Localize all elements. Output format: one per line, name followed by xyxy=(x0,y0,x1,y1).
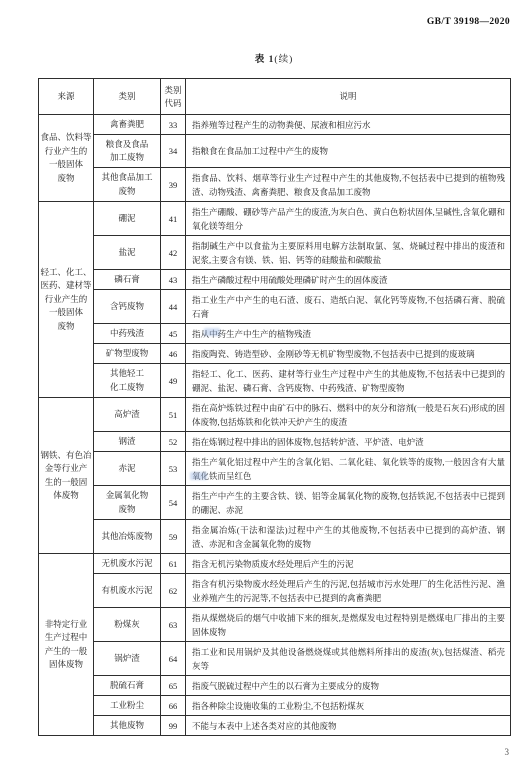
description-cell: 不能与本表中上述各类对应的其他废物 xyxy=(186,716,511,736)
description-cell: 指含无机污染物质废水经处理后产生的污泥 xyxy=(186,554,511,574)
code-cell: 99 xyxy=(161,716,186,736)
code-cell: 46 xyxy=(161,344,186,364)
table-row: 盐泥42指制碱生产中以食盐为主要原料用电解方法制取氯、氢、烧碱过程中排出的废渣和… xyxy=(39,236,511,270)
category-cell: 粉煤灰 xyxy=(94,608,161,642)
page-number: 3 xyxy=(505,747,510,757)
code-cell: 43 xyxy=(161,270,186,290)
category-cell: 工业粉尘 xyxy=(94,696,161,716)
category-cell: 中药残渣 xyxy=(94,324,161,344)
description-cell: 指养殖等过程产生的动物粪便、尿液和相应污水 xyxy=(186,115,511,135)
table-row: 其他废物99不能与本表中上述各类对应的其他废物 xyxy=(39,716,511,736)
category-cell: 锅炉渣 xyxy=(94,642,161,676)
category-cell: 其他轻工 化工废物 xyxy=(94,364,161,398)
description-cell: 指废气脱硫过程中产生的以石膏为主要成分的废物 xyxy=(186,676,511,696)
table-row: 磷石膏43指生产磷酸过程中用硫酸处理磷矿时产生的固体废渣 xyxy=(39,270,511,290)
waste-classification-table: 来源 类别 类别 代码 说明 食品、饮料等 行业产生的 一般固体 废物禽畜粪肥3… xyxy=(38,78,511,736)
code-cell: 39 xyxy=(161,168,186,202)
description-cell: 指金属冶炼(干法和湿法)过程中产生的其他废物,不包括表中已提到的高炉渣、钢渣、赤… xyxy=(186,520,511,554)
description-cell: 指工业生产中产生的电石渣、废石、造纸白泥、氧化钙等废物,不包括磷石膏、脱硫石膏 xyxy=(186,290,511,324)
table-row: 其他轻工 化工废物49指轻工、化工、医药、建材等行业生产过程中产生的其他废物,不… xyxy=(39,364,511,398)
description-cell: 指各种除尘设施收集的工业粉尘,不包括粉煤灰 xyxy=(186,696,511,716)
table-row: 粮食及食品 加工废物34指粮食在食品加工过程中产生的废物 xyxy=(39,135,511,168)
category-cell: 磷石膏 xyxy=(94,270,161,290)
table-title: 表 1(续) xyxy=(38,51,510,65)
description-cell: 指制碱生产中以食盐为主要原料用电解方法制取氯、氢、烧碱过程中排出的废渣和泥浆,主… xyxy=(186,236,511,270)
table-row: 钢铁、有色冶 金等行业产 生的一般固 体废物高炉渣51指在高炉炼铁过程中由矿石中… xyxy=(39,398,511,432)
table-row: 其他冶炼废物59指金属冶炼(干法和湿法)过程中产生的其他废物,不包括表中已提到的… xyxy=(39,520,511,554)
category-cell: 金属氧化物 废物 xyxy=(94,486,161,520)
table-header-row: 来源 类别 类别 代码 说明 xyxy=(39,79,511,115)
code-cell: 62 xyxy=(161,574,186,608)
category-cell: 其他冶炼废物 xyxy=(94,520,161,554)
description-cell: 指废陶瓷、铸造型砂、金刚砂等无机矿物型废物,不包括表中已提到的废玻璃 xyxy=(186,344,511,364)
category-cell: 钢渣 xyxy=(94,432,161,452)
table-row: 锅炉渣64指工业和民用锅炉及其他设备燃烧煤或其他燃料所排出的废渣(灰),包括煤渣… xyxy=(39,642,511,676)
source-cell: 食品、饮料等 行业产生的 一般固体 废物 xyxy=(39,115,94,202)
category-cell: 硼泥 xyxy=(94,202,161,236)
table-row: 含钙废物44指工业生产中产生的电石渣、废石、造纸白泥、氧化钙等废物,不包括磷石膏… xyxy=(39,290,511,324)
table-row: 钢渣52指在炼钢过程中排出的固体废物,包括转炉渣、平炉渣、电炉渣 xyxy=(39,432,511,452)
code-cell: 63 xyxy=(161,608,186,642)
code-cell: 44 xyxy=(161,290,186,324)
source-cell: 非特定行业 生产过程中 产生的一般 固体废物 xyxy=(39,554,94,736)
category-cell: 其他废物 xyxy=(94,716,161,736)
table-row: 粉煤灰63指从煤燃烧后的烟气中收捕下来的细灰,是燃煤发电过程特别是燃煤电厂排出的… xyxy=(39,608,511,642)
col-header-category: 类别 xyxy=(94,79,161,115)
watermark-artifact xyxy=(190,472,207,480)
code-cell: 64 xyxy=(161,642,186,676)
code-cell: 49 xyxy=(161,364,186,398)
category-cell: 粮食及食品 加工废物 xyxy=(94,135,161,168)
table-row: 赤泥53指生产氧化铝过程中产生的含氧化铝、二氧化硅、氧化铁等的废物,一般因含有大… xyxy=(39,452,511,486)
table-row: 轻工、化工、 医药、建材等 行业产生的 一般固体 废物硼泥41指生产硼酸、硼砂等… xyxy=(39,202,511,236)
code-cell: 33 xyxy=(161,115,186,135)
code-cell: 45 xyxy=(161,324,186,344)
document-page: { "header": { "doc_number": "GB/T 39198—… xyxy=(0,0,529,770)
code-cell: 59 xyxy=(161,520,186,554)
col-header-description: 说明 xyxy=(186,79,511,115)
table-row: 有机废水污泥62指含有机污染物废水经处理后产生的污泥,包括城市污水处理厂的生化活… xyxy=(39,574,511,608)
watermark-artifact xyxy=(204,328,220,336)
category-cell: 盐泥 xyxy=(94,236,161,270)
doc-number: GB/T 39198—2020 xyxy=(427,17,510,27)
category-cell: 有机废水污泥 xyxy=(94,574,161,608)
category-cell: 赤泥 xyxy=(94,452,161,486)
description-cell: 指食品、饮料、烟草等行业生产过程中产生的其他废物,不包括表中已提到的植物残渣、动… xyxy=(186,168,511,202)
description-cell: 指从中药生产中生产的植物残渣 xyxy=(186,324,511,344)
source-cell: 轻工、化工、 医药、建材等 行业产生的 一般固体 废物 xyxy=(39,202,94,398)
table-row: 中药残渣45指从中药生产中生产的植物残渣 xyxy=(39,324,511,344)
description-cell: 指轻工、化工、医药、建材等行业生产过程中产生的其他废物,不包括表中已提到的硼泥、… xyxy=(186,364,511,398)
category-cell: 脱硫石膏 xyxy=(94,676,161,696)
code-cell: 42 xyxy=(161,236,186,270)
code-cell: 51 xyxy=(161,398,186,432)
category-cell: 矿物型废物 xyxy=(94,344,161,364)
table-row: 非特定行业 生产过程中 产生的一般 固体废物无机废水污泥61指含无机污染物质废水… xyxy=(39,554,511,574)
source-cell: 钢铁、有色冶 金等行业产 生的一般固 体废物 xyxy=(39,398,94,554)
table-row: 脱硫石膏65指废气脱硫过程中产生的以石膏为主要成分的废物 xyxy=(39,676,511,696)
description-cell: 指在炼钢过程中排出的固体废物,包括转炉渣、平炉渣、电炉渣 xyxy=(186,432,511,452)
table-row: 食品、饮料等 行业产生的 一般固体 废物禽畜粪肥33指养殖等过程产生的动物粪便、… xyxy=(39,115,511,135)
description-cell: 指工业和民用锅炉及其他设备燃烧煤或其他燃料所排出的废渣(灰),包括煤渣、稻壳灰等 xyxy=(186,642,511,676)
table-row: 矿物型废物46指废陶瓷、铸造型砂、金刚砂等无机矿物型废物,不包括表中已提到的废玻… xyxy=(39,344,511,364)
table-row: 金属氧化物 废物54指生产中产生的主要含铁、镁、铝等金属氧化物的废物,包括铁泥,… xyxy=(39,486,511,520)
code-cell: 66 xyxy=(161,696,186,716)
description-cell: 指含有机污染物废水经处理后产生的污泥,包括城市污水处理厂的生化活性污泥、渔业养殖… xyxy=(186,574,511,608)
col-header-code: 类别 代码 xyxy=(161,79,186,115)
table-body: 食品、饮料等 行业产生的 一般固体 废物禽畜粪肥33指养殖等过程产生的动物粪便、… xyxy=(39,115,511,736)
description-cell: 指生产氧化铝过程中产生的含氧化铝、二氧化硅、氧化铁等的废物,一般因含有大量氧化铁… xyxy=(186,452,511,486)
category-cell: 无机废水污泥 xyxy=(94,554,161,574)
description-cell: 指生产中产生的主要含铁、镁、铝等金属氧化物的废物,包括铁泥,不包括表中已提到的硼… xyxy=(186,486,511,520)
description-cell: 指生产硼酸、硼砂等产品产生的废渣,为灰白色、黄白色粉状固体,呈碱性,含氧化硼和氧… xyxy=(186,202,511,236)
table-row: 其他食品加工 废物39指食品、饮料、烟草等行业生产过程中产生的其他废物,不包括表… xyxy=(39,168,511,202)
col-header-source: 来源 xyxy=(39,79,94,115)
code-cell: 61 xyxy=(161,554,186,574)
code-cell: 65 xyxy=(161,676,186,696)
code-cell: 41 xyxy=(161,202,186,236)
category-cell: 其他食品加工 废物 xyxy=(94,168,161,202)
table-title-main: 表 1 xyxy=(255,55,275,65)
code-cell: 34 xyxy=(161,135,186,168)
table-row: 工业粉尘66指各种除尘设施收集的工业粉尘,不包括粉煤灰 xyxy=(39,696,511,716)
code-cell: 54 xyxy=(161,486,186,520)
code-cell: 53 xyxy=(161,452,186,486)
category-cell: 禽畜粪肥 xyxy=(94,115,161,135)
table-title-continued: (续) xyxy=(274,55,293,65)
description-cell: 指粮食在食品加工过程中产生的废物 xyxy=(186,135,511,168)
category-cell: 高炉渣 xyxy=(94,398,161,432)
description-cell: 指从煤燃烧后的烟气中收捕下来的细灰,是燃煤发电过程特别是燃煤电厂排出的主要固体废… xyxy=(186,608,511,642)
description-cell: 指生产磷酸过程中用硫酸处理磷矿时产生的固体废渣 xyxy=(186,270,511,290)
category-cell: 含钙废物 xyxy=(94,290,161,324)
description-cell: 指在高炉炼铁过程中由矿石中的脉石、燃料中的灰分和溶剂(一般是石灰石)形成的固体废… xyxy=(186,398,511,432)
code-cell: 52 xyxy=(161,432,186,452)
